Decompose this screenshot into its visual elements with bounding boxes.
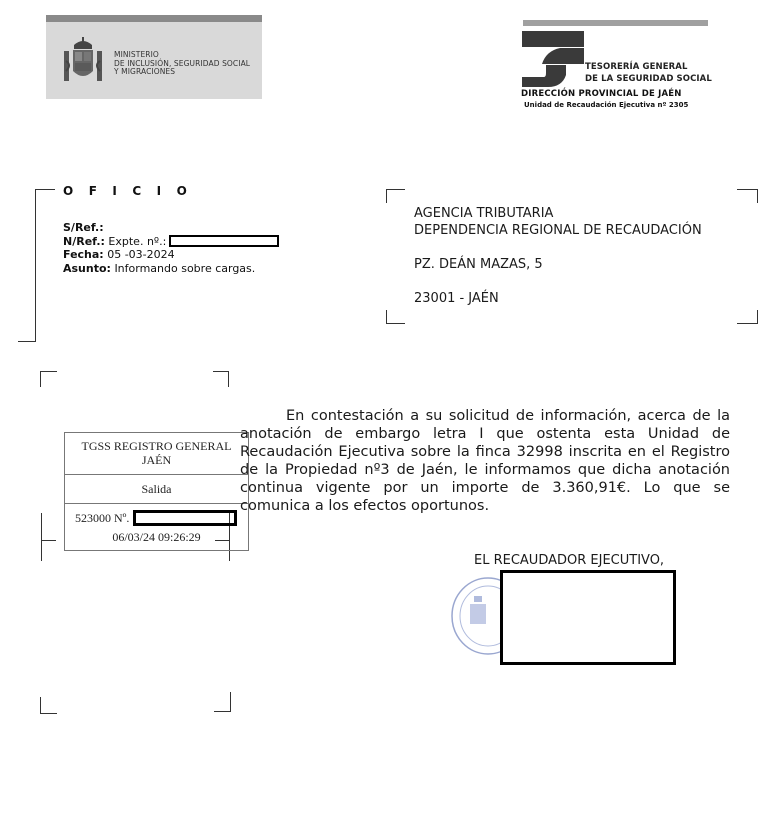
body-paragraph-text: En contestación a su solicitud de inform… [240, 408, 730, 514]
recipient-name: AGENCIA TRIBUTARIA [414, 205, 702, 222]
logo-bar [46, 15, 262, 22]
n-ref-row: N/Ref.: Expte. nº.: [63, 235, 279, 249]
tgss-logo-bar [523, 20, 708, 26]
signature-redaction-box [500, 570, 676, 665]
corner-mark [386, 323, 405, 324]
s-ref-row: S/Ref.: [63, 221, 279, 235]
corner-mark [40, 713, 57, 714]
date-value: 05 -03-2024 [107, 248, 174, 261]
provincial-direction: DIRECCIÓN PROVINCIAL DE JAÉN [521, 89, 682, 99]
recipient-address: AGENCIA TRIBUTARIA DEPENDENCIA REGIONAL … [414, 205, 702, 307]
subject-label: Asunto: [63, 262, 111, 275]
recipient-department: DEPENDENCIA REGIONAL DE RECAUDACIÓN [414, 222, 702, 239]
stamp-number-row: 523000 Nº. [75, 510, 248, 526]
corner-mark [41, 513, 42, 561]
stamp-office-line1: TGSS REGISTRO GENERAL [65, 439, 248, 453]
corner-mark [757, 310, 758, 324]
redaction-box [133, 510, 237, 526]
s-ref-label: S/Ref.: [63, 221, 104, 234]
reference-block: S/Ref.: N/Ref.: Expte. nº.: Fecha: 05 -0… [63, 221, 279, 275]
redaction-box [169, 235, 279, 247]
tgss-name-line2: DE LA SEGURIDAD SOCIAL [585, 74, 712, 84]
corner-mark [737, 323, 758, 324]
corner-mark [214, 711, 231, 712]
subject-row: Asunto: Informando sobre cargas. [63, 262, 279, 276]
frame-line [35, 189, 36, 341]
ministry-line-3: Y MIGRACIONES [114, 68, 250, 77]
signer-title: EL RECAUDADOR EJECUTIVO, [474, 553, 664, 568]
corner-mark [40, 371, 41, 387]
stamp-entry: 523000 Nº. 06/03/24 09:26:29 [65, 504, 248, 545]
corner-mark [757, 189, 758, 203]
date-label: Fecha: [63, 248, 104, 261]
tgss-name-line1: TESORERÍA GENERAL [585, 62, 688, 72]
stamp-datetime: 06/03/24 09:26:29 [75, 530, 248, 545]
corner-mark [737, 189, 758, 190]
document-type-title: OFICIO [63, 184, 202, 198]
corner-mark [386, 310, 387, 324]
n-ref-label: N/Ref.: [63, 235, 105, 248]
corner-mark [386, 189, 405, 190]
registry-stamp: TGSS REGISTRO GENERAL JAÉN Salida 523000… [64, 432, 249, 551]
corner-mark [230, 692, 231, 712]
body-paragraph: En contestación a su solicitud de inform… [240, 407, 730, 515]
corner-mark [40, 697, 41, 714]
ministry-logo: MINISTERIO DE INCLUSIÓN, SEGURIDAD SOCIA… [46, 15, 262, 99]
corner-mark [228, 371, 229, 387]
stamp-number-prefix: 523000 Nº. [75, 511, 129, 526]
coat-of-arms-icon [62, 37, 104, 85]
date-row: Fecha: 05 -03-2024 [63, 248, 279, 262]
stamp-type: Salida [65, 475, 248, 504]
frame-line [35, 189, 55, 190]
corner-mark [213, 371, 229, 372]
recipient-street: PZ. DEÁN MAZAS, 5 [414, 256, 702, 273]
frame-line [18, 341, 36, 342]
stamp-office-line2: JAÉN [65, 453, 248, 467]
n-ref-value: Expte. nº.: [108, 235, 166, 248]
stamp-office: TGSS REGISTRO GENERAL JAÉN [65, 433, 248, 475]
corner-mark [386, 189, 387, 203]
ministry-name: MINISTERIO DE INCLUSIÓN, SEGURIDAD SOCIA… [114, 51, 250, 77]
corner-mark [40, 371, 57, 372]
collection-unit: Unidad de Recaudación Ejecutiva nº 2305 [524, 101, 688, 109]
corner-mark [41, 540, 56, 541]
subject-value: Informando sobre cargas. [114, 262, 255, 275]
recipient-city: 23001 - JAÉN [414, 290, 702, 307]
tgss-logo-icon [522, 31, 584, 87]
